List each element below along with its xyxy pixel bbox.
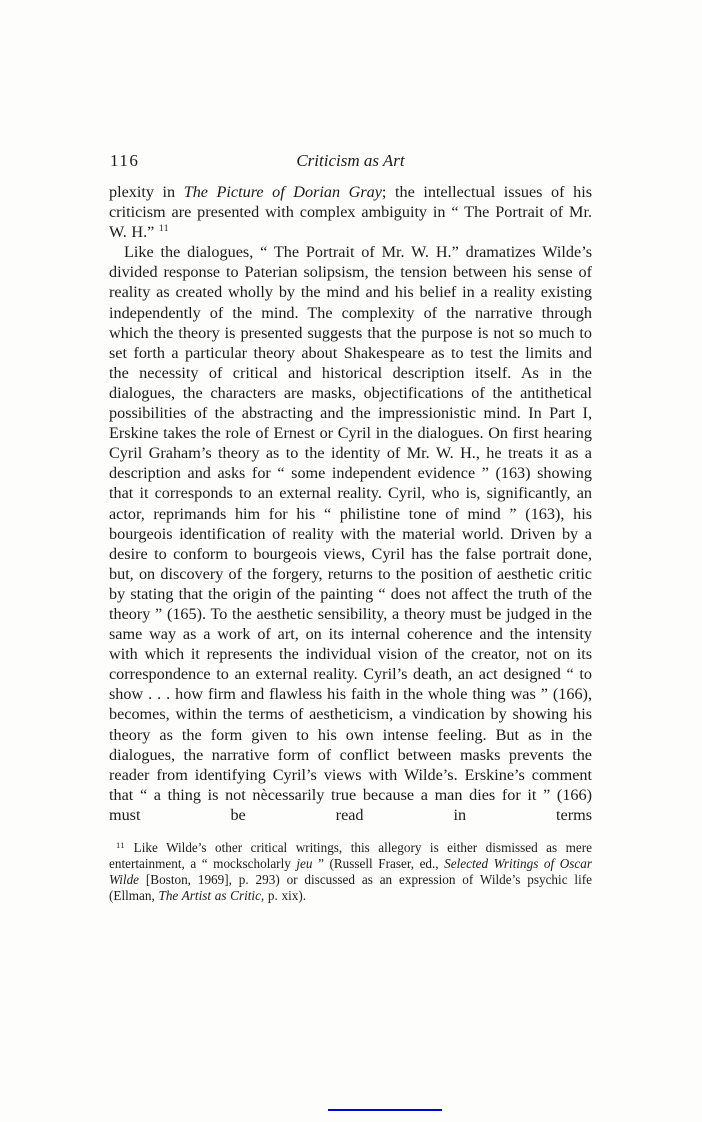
- footnote-text: 11 Like Wilde’s other critical writings,…: [109, 840, 592, 904]
- footnote-block: 11 Like Wilde’s other critical writings,…: [109, 840, 592, 904]
- foreign-word-italic: jeu: [296, 856, 312, 871]
- book-page: 116 Criticism as Art plexity in The Pict…: [0, 0, 702, 1122]
- text-run: plexity in: [109, 183, 184, 201]
- paragraph-continuation: plexity in The Picture of Dorian Gray; t…: [109, 182, 592, 242]
- running-title: Criticism as Art: [296, 151, 404, 170]
- page-header: 116 Criticism as Art: [109, 150, 592, 171]
- text-run: ” (Russell Fraser, ed.,: [313, 856, 445, 871]
- scan-artifact-underline: [328, 1109, 442, 1111]
- text-run: p. xix).: [264, 888, 306, 903]
- book-title-italic: The Artist as Critic,: [158, 888, 264, 903]
- footnote-reference: 11: [159, 224, 169, 234]
- text-run: Like the dialogues, “ The Portrait of Mr…: [109, 243, 592, 824]
- paragraph-main: Like the dialogues, “ The Portrait of Mr…: [109, 242, 592, 825]
- page-number: 116: [110, 150, 139, 171]
- book-title-italic: The Picture of Dorian Gray: [184, 183, 382, 201]
- footnote-marker: 11: [116, 840, 125, 850]
